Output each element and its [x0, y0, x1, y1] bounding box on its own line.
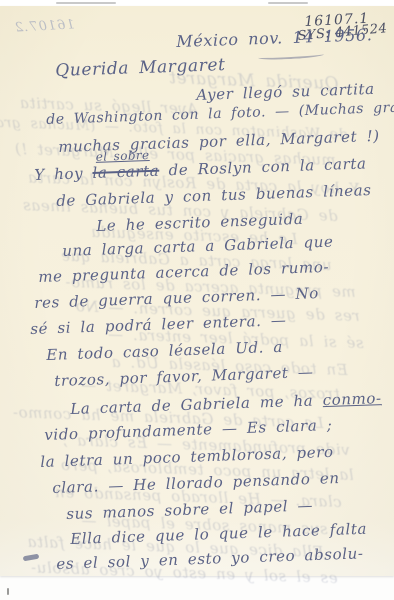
underlined-text: conmo-: [322, 389, 382, 409]
letter-text: una larga carta a Gabriela que: [62, 233, 334, 260]
letter-text: Ella dice que lo que le hace falta: [70, 520, 367, 548]
scan-edge-mark: [56, 2, 116, 4]
letter-line: sé si la podrá leer entera. —: [30, 311, 287, 338]
letter-paper: Querida MargaretAyer llegó su cartitade …: [0, 6, 394, 576]
letter-line: de Gabriela y con tus buenas líneas: [56, 181, 372, 210]
letter-text: clara. — He llorado pensando en: [52, 469, 340, 497]
letter-line: res de guerra que corren. — No: [34, 284, 319, 312]
letter-line: una larga carta a Gabriela que: [62, 233, 334, 260]
letter-text: Y hoy: [34, 164, 93, 184]
letter-line: sus manos sobre el papel —: [66, 496, 313, 523]
inserted-correction: el sobre: [95, 148, 149, 164]
letter-line: Ayer llegó su cartita: [196, 80, 375, 104]
letter-text: Querida Margaret: [55, 55, 226, 81]
letter-text: Le he escrito enseguida: [96, 210, 304, 235]
letter-line: Y hoy la carta de Roslyn con la cartael …: [34, 154, 367, 184]
ink-smudge: [23, 554, 40, 562]
letter-line: La carta de Gabriela me ha conmo-: [70, 389, 382, 418]
letter-text: sus manos sobre el papel —: [66, 496, 313, 523]
letter-text: es el sol y en esto yo creo absolu-: [56, 544, 364, 573]
letter-text: de Roslyn con la carta: [159, 154, 367, 179]
letter-text: La carta de Gabriela me ha: [70, 391, 323, 418]
letter-line: En todo caso léasela Ud. a: [46, 338, 283, 364]
letter-text: En todo caso léasela Ud. a: [46, 338, 283, 364]
salutation-line: Querida Margaret: [55, 55, 226, 81]
letter-text: sé si la podrá leer entera. —: [30, 311, 287, 338]
scan-speck: [7, 588, 9, 595]
scanned-letter-page: Querida MargaretAyer llegó su cartitade …: [0, 0, 394, 600]
letter-text: Ayer llegó su cartita: [196, 80, 375, 104]
letter-line: clara. — He llorado pensando en: [52, 469, 340, 497]
letter-line: Le he escrito enseguida: [96, 210, 304, 235]
letter-line: Ella dice que lo que le hace falta: [70, 520, 367, 548]
letter-line: es el sol y en esto yo creo absolu-: [56, 544, 364, 573]
letter-text: res de guerra que corren. — No: [34, 284, 319, 312]
letter-line: me pregunta acerca de los rumo-: [38, 258, 329, 286]
letter-text: la letra un poco temblorosa, pero: [40, 443, 334, 471]
letter-line: la letra un poco temblorosa, pero: [40, 443, 334, 471]
bleedthrough-archive-number: 16107.2: [14, 17, 75, 35]
letter-line: vido profundamente — Es clara ;: [44, 416, 333, 444]
dateline: México nov. 14 1956.: [176, 25, 373, 51]
dateline-underline-flourish: [258, 51, 324, 60]
letter-text: vido profundamente — Es clara ;: [44, 416, 333, 444]
letter-text: me pregunta acerca de los rumo-: [38, 258, 329, 286]
letter-text: de Gabriela y con tus buenas líneas: [56, 181, 372, 210]
letter-text: trozos, por favor, Margaret —: [54, 363, 314, 390]
struck-text: la carta: [92, 162, 159, 182]
letter-line: trozos, por favor, Margaret —: [54, 363, 314, 390]
scan-edge-mark: [268, 2, 308, 4]
